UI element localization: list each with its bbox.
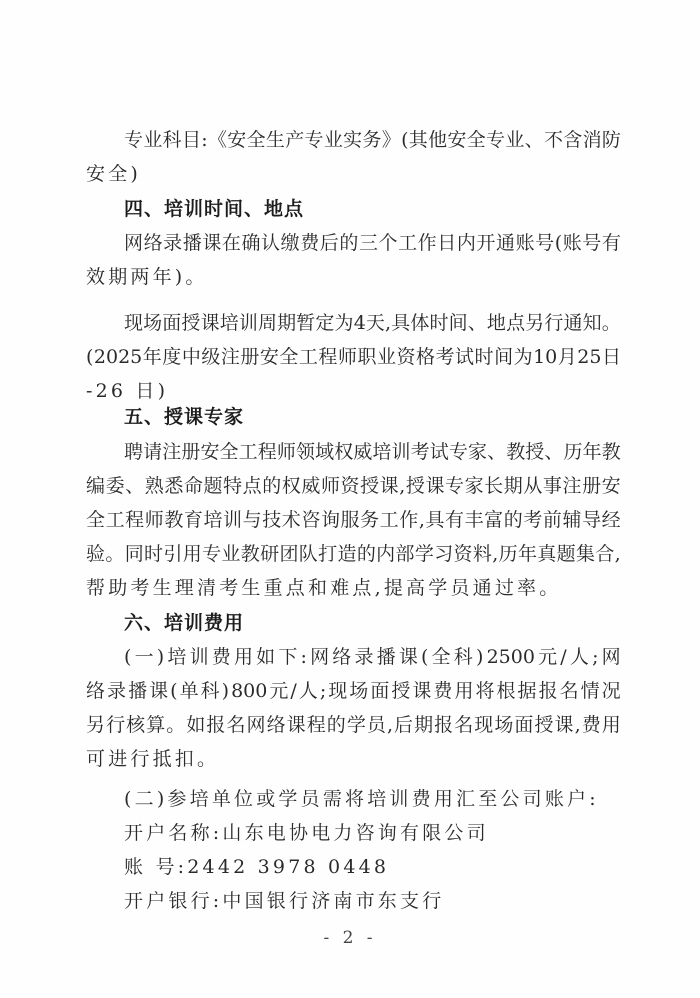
text-line: 帮助考生理清考生重点和难点,提高学员通过率。 bbox=[86, 576, 621, 600]
text-line: 开户名称:山东电协电力咨询有限公司 bbox=[124, 821, 621, 845]
text-line: (2025年度中级注册安全工程师职业资格考试时间为10月25日 bbox=[86, 345, 621, 369]
text-line: 另行核算。如报名网络课程的学员,后期报名现场面授课,费用 bbox=[86, 713, 621, 737]
text-line: 效期两年)。 bbox=[86, 265, 621, 289]
text-line: 专业科目:《安全生产专业实务》(其他安全专业、不含消防 bbox=[124, 128, 621, 152]
text-line: 络录播课(单科)800元/人;现场面授课费用将根据报名情况 bbox=[86, 679, 621, 703]
text-line: 全工程师教育培训与技术咨询服务工作,具有丰富的考前辅导经 bbox=[86, 508, 621, 532]
text-line: (一)培训费用如下:网络录播课(全科)2500元/人;网 bbox=[124, 645, 621, 669]
document-page: 专业科目:《安全生产专业实务》(其他安全专业、不含消防安全)四、培训时间、地点网… bbox=[0, 0, 700, 998]
text-line: -26 日) bbox=[86, 379, 621, 403]
section-heading: 五、授课专家 bbox=[124, 405, 621, 429]
text-line: (二)参培单位或学员需将培训费用汇至公司账户: bbox=[124, 787, 621, 811]
text-line: 账 号:2442 3978 0448 bbox=[124, 855, 621, 879]
text-line: 聘请注册安全工程师领域权威培训考试专家、教授、历年教 bbox=[124, 440, 621, 464]
text-line: 安全) bbox=[86, 162, 621, 186]
text-line: 可进行抵扣。 bbox=[86, 747, 621, 771]
section-heading: 四、培训时间、地点 bbox=[124, 197, 621, 221]
text-line: 编委、熟悉命题特点的权威师资授课,授课专家长期从事注册安 bbox=[86, 474, 621, 498]
section-heading: 六、培训费用 bbox=[124, 611, 621, 635]
text-line: 现场面授课培训周期暂定为4天,具体时间、地点另行通知。 bbox=[124, 311, 621, 335]
page-number: - 2 - bbox=[0, 928, 700, 948]
text-line: 网络录播课在确认缴费后的三个工作日内开通账号(账号有 bbox=[124, 231, 621, 255]
text-line: 验。同时引用专业教研团队打造的内部学习资料,历年真题集合, bbox=[86, 542, 621, 566]
text-line: 开户银行:中国银行济南市东支行 bbox=[124, 889, 621, 913]
